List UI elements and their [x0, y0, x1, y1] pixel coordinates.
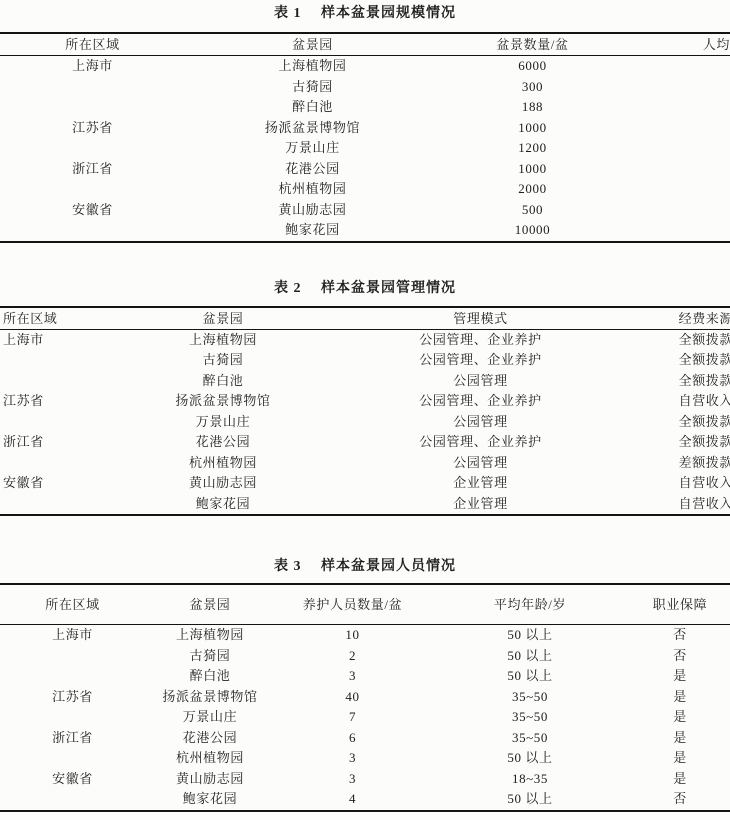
table-cell — [0, 97, 185, 118]
table-cell: 万景山庄 — [113, 412, 333, 433]
table-cell: 自营收入 — [628, 494, 730, 516]
table-cell: 300 — [440, 77, 625, 98]
column-header: 人均 — [625, 33, 730, 56]
table-cell: 花港公园 — [185, 159, 440, 180]
column-header: 所在区域 — [0, 584, 145, 625]
table-cell — [0, 220, 185, 242]
table-cell: 上海植物园 — [185, 56, 440, 77]
column-header: 盆景园 — [145, 584, 275, 625]
table3-header: 所在区域盆景园养护人员数量/盆平均年龄/岁职业保障 — [0, 584, 730, 625]
table-cell: 3 — [275, 769, 430, 790]
table-cell — [0, 77, 185, 98]
table-row: 鲍家花园450 以上否 — [0, 789, 730, 811]
table2-header: 所在区域盆景园管理模式经费来源 — [0, 307, 730, 330]
table-cell: 花港公园 — [113, 432, 333, 453]
table-cell: 6 — [275, 728, 430, 749]
table-cell: 1000 — [440, 159, 625, 180]
table-row: 杭州植物园公园管理差额拨款 — [0, 453, 730, 474]
table-cell: 50 以上 — [430, 646, 630, 667]
table-row: 上海市上海植物园公园管理、企业养护全额拨款 — [0, 329, 730, 350]
table-cell: 公园管理、企业养护 — [333, 329, 628, 350]
table-cell: 古猗园 — [185, 77, 440, 98]
column-header: 养护人员数量/盆 — [275, 584, 430, 625]
table-cell: 是 — [630, 707, 730, 728]
table-cell: 上海市 — [0, 625, 145, 646]
table-row: 浙江省花港公园635~50是 — [0, 728, 730, 749]
table-cell: 公园管理 — [333, 453, 628, 474]
table-cell: 江苏省 — [0, 687, 145, 708]
table-row: 江苏省扬派盆景博物馆公园管理、企业养护自营收入 — [0, 391, 730, 412]
table1-caption-title: 样本盆景园规模情况 — [321, 6, 456, 21]
table-cell — [625, 118, 730, 139]
table-cell: 江苏省 — [0, 118, 185, 139]
table-row: 古猗园公园管理、企业养护全额拨款 — [0, 350, 730, 371]
table-cell: 6000 — [440, 56, 625, 77]
table-cell: 上海市 — [0, 56, 185, 77]
table-cell: 50 以上 — [430, 666, 630, 687]
table-cell: 黄山励志园 — [145, 769, 275, 790]
document-page: 表 1样本盆景园规模情况 所在区域盆景园盆景数量/盆人均 上海市上海植物园600… — [0, 0, 730, 820]
table-cell — [0, 179, 185, 200]
table-cell: 浙江省 — [0, 728, 145, 749]
column-header: 盆景园 — [185, 33, 440, 56]
header-row: 所在区域盆景园养护人员数量/盆平均年龄/岁职业保障 — [0, 584, 730, 625]
table-row: 上海市上海植物园6000 — [0, 56, 730, 77]
table-cell: 是 — [630, 687, 730, 708]
table-cell — [0, 707, 145, 728]
table-cell: 全额拨款 — [628, 371, 730, 392]
table-cell — [0, 646, 145, 667]
table-cell: 35~50 — [430, 707, 630, 728]
table-cell: 安徽省 — [0, 200, 185, 221]
table-cell: 扬派盆景博物馆 — [185, 118, 440, 139]
table-cell: 10000 — [440, 220, 625, 242]
table3-caption-title: 样本盆景园人员情况 — [321, 559, 456, 574]
table2-caption: 表 2样本盆景园管理情况 — [0, 280, 730, 298]
table-cell: 万景山庄 — [185, 138, 440, 159]
table-cell: 4 — [275, 789, 430, 811]
table-cell: 公园管理、企业养护 — [333, 391, 628, 412]
table-cell: 鲍家花园 — [113, 494, 333, 516]
table-cell: 全额拨款 — [628, 329, 730, 350]
table-cell: 3 — [275, 748, 430, 769]
table-row: 江苏省扬派盆景博物馆4035~50是 — [0, 687, 730, 708]
table-cell: 500 — [440, 200, 625, 221]
table1-header: 所在区域盆景园盆景数量/盆人均 — [0, 33, 730, 56]
table-cell — [625, 77, 730, 98]
table-cell: 10 — [275, 625, 430, 646]
table-cell: 公园管理、企业养护 — [333, 432, 628, 453]
table-row: 浙江省花港公园1000 — [0, 159, 730, 180]
table-cell: 安徽省 — [0, 769, 145, 790]
table3-caption: 表 3样本盆景园人员情况 — [0, 558, 730, 576]
table-cell — [625, 159, 730, 180]
table-cell: 否 — [630, 625, 730, 646]
table1-caption-label: 表 1 — [274, 6, 302, 21]
table-cell — [0, 494, 113, 516]
table-row: 浙江省花港公园公园管理、企业养护全额拨款 — [0, 432, 730, 453]
table-cell: 古猗园 — [113, 350, 333, 371]
table2-caption-title: 样本盆景园管理情况 — [321, 281, 456, 296]
table-cell: 公园管理、企业养护 — [333, 350, 628, 371]
table-cell — [0, 748, 145, 769]
table-row: 古猗园300 — [0, 77, 730, 98]
table-cell: 上海植物园 — [145, 625, 275, 646]
table-cell: 3 — [275, 666, 430, 687]
table-cell: 自营收入 — [628, 473, 730, 494]
table-cell: 差额拨款 — [628, 453, 730, 474]
column-header: 平均年龄/岁 — [430, 584, 630, 625]
table-cell — [0, 666, 145, 687]
table-row: 杭州植物园350 以上是 — [0, 748, 730, 769]
table-cell: 35~50 — [430, 687, 630, 708]
column-header: 职业保障 — [630, 584, 730, 625]
table-cell: 扬派盆景博物馆 — [113, 391, 333, 412]
table-cell: 自营收入 — [628, 391, 730, 412]
table-cell — [625, 179, 730, 200]
column-header: 所在区域 — [0, 33, 185, 56]
bonsai-scale-table: 所在区域盆景园盆景数量/盆人均 上海市上海植物园6000古猗园300醉白池188… — [0, 32, 730, 243]
table-cell: 40 — [275, 687, 430, 708]
table-cell: 否 — [630, 789, 730, 811]
table-cell — [625, 97, 730, 118]
table2-caption-label: 表 2 — [274, 281, 302, 296]
column-header: 盆景园 — [113, 307, 333, 330]
table-row: 鲍家花园企业管理自营收入 — [0, 494, 730, 516]
column-header: 经费来源 — [628, 307, 730, 330]
table-row: 醉白池350 以上是 — [0, 666, 730, 687]
table1-body: 上海市上海植物园6000古猗园300醉白池188江苏省扬派盆景博物馆1000万景… — [0, 56, 730, 242]
table-cell — [625, 200, 730, 221]
table-row: 万景山庄1200 — [0, 138, 730, 159]
table-cell: 50 以上 — [430, 789, 630, 811]
table3-section: 表 3样本盆景园人员情况 所在区域盆景园养护人员数量/盆平均年龄/岁职业保障 上… — [0, 558, 730, 812]
table-cell: 上海植物园 — [113, 329, 333, 350]
table-cell: 50 以上 — [430, 748, 630, 769]
table-cell: 1200 — [440, 138, 625, 159]
table-cell: 杭州植物园 — [113, 453, 333, 474]
header-row: 所在区域盆景园管理模式经费来源 — [0, 307, 730, 330]
table-cell: 是 — [630, 666, 730, 687]
table-cell: 花港公园 — [145, 728, 275, 749]
table1-caption: 表 1样本盆景园规模情况 — [0, 0, 730, 23]
table-cell: 35~50 — [430, 728, 630, 749]
table-cell: 是 — [630, 769, 730, 790]
table-cell: 醉白池 — [113, 371, 333, 392]
table-cell: 否 — [630, 646, 730, 667]
table-cell — [0, 138, 185, 159]
table-cell: 江苏省 — [0, 391, 113, 412]
table-cell: 公园管理 — [333, 371, 628, 392]
table-cell — [625, 138, 730, 159]
table-cell: 全额拨款 — [628, 350, 730, 371]
table-cell: 全额拨款 — [628, 412, 730, 433]
table-cell — [0, 789, 145, 811]
table-cell — [0, 371, 113, 392]
table-row: 江苏省扬派盆景博物馆1000 — [0, 118, 730, 139]
table-cell: 黄山励志园 — [113, 473, 333, 494]
table-row: 醉白池188 — [0, 97, 730, 118]
table-row: 万景山庄公园管理全额拨款 — [0, 412, 730, 433]
table-cell: 鲍家花园 — [185, 220, 440, 242]
table3-caption-label: 表 3 — [274, 559, 302, 574]
table-cell: 7 — [275, 707, 430, 728]
bonsai-management-table: 所在区域盆景园管理模式经费来源 上海市上海植物园公园管理、企业养护全额拨款古猗园… — [0, 306, 730, 517]
table-cell — [625, 56, 730, 77]
table-cell: 是 — [630, 728, 730, 749]
table-cell: 50 以上 — [430, 625, 630, 646]
bonsai-personnel-table: 所在区域盆景园养护人员数量/盆平均年龄/岁职业保障 上海市上海植物园1050 以… — [0, 583, 730, 812]
column-header: 盆景数量/盆 — [440, 33, 625, 56]
table3-body: 上海市上海植物园1050 以上否古猗园250 以上否醉白池350 以上是江苏省扬… — [0, 625, 730, 811]
table-row: 杭州植物园2000 — [0, 179, 730, 200]
table1-section: 表 1样本盆景园规模情况 所在区域盆景园盆景数量/盆人均 上海市上海植物园600… — [0, 0, 730, 243]
table-cell: 鲍家花园 — [145, 789, 275, 811]
table-row: 万景山庄735~50是 — [0, 707, 730, 728]
table-row: 古猗园250 以上否 — [0, 646, 730, 667]
table-cell — [0, 453, 113, 474]
table-cell: 杭州植物园 — [185, 179, 440, 200]
table-row: 上海市上海植物园1050 以上否 — [0, 625, 730, 646]
table-cell: 万景山庄 — [145, 707, 275, 728]
table-cell: 188 — [440, 97, 625, 118]
table-cell: 2000 — [440, 179, 625, 200]
table-cell: 是 — [630, 748, 730, 769]
table-cell: 黄山励志园 — [185, 200, 440, 221]
table-cell: 浙江省 — [0, 432, 113, 453]
table-row: 安徽省黄山励志园318~35是 — [0, 769, 730, 790]
table-cell: 上海市 — [0, 329, 113, 350]
table2-section: 表 2样本盆景园管理情况 所在区域盆景园管理模式经费来源 上海市上海植物园公园管… — [0, 280, 730, 517]
table-cell: 浙江省 — [0, 159, 185, 180]
table-cell: 2 — [275, 646, 430, 667]
table-cell: 醉白池 — [145, 666, 275, 687]
table2-body: 上海市上海植物园公园管理、企业养护全额拨款古猗园公园管理、企业养护全额拨款醉白池… — [0, 329, 730, 515]
table-cell: 企业管理 — [333, 494, 628, 516]
column-header: 所在区域 — [0, 307, 113, 330]
table-cell: 全额拨款 — [628, 432, 730, 453]
table-cell: 醉白池 — [185, 97, 440, 118]
table-cell: 公园管理 — [333, 412, 628, 433]
table-row: 安徽省黄山励志园企业管理自营收入 — [0, 473, 730, 494]
table-row: 鲍家花园10000 — [0, 220, 730, 242]
table-cell — [0, 412, 113, 433]
table-cell — [0, 350, 113, 371]
header-row: 所在区域盆景园盆景数量/盆人均 — [0, 33, 730, 56]
table-cell: 扬派盆景博物馆 — [145, 687, 275, 708]
table-cell: 安徽省 — [0, 473, 113, 494]
table-cell: 1000 — [440, 118, 625, 139]
table-cell: 18~35 — [430, 769, 630, 790]
column-header: 管理模式 — [333, 307, 628, 330]
table-cell: 杭州植物园 — [145, 748, 275, 769]
table-row: 醉白池公园管理全额拨款 — [0, 371, 730, 392]
table-cell: 企业管理 — [333, 473, 628, 494]
table-row: 安徽省黄山励志园500 — [0, 200, 730, 221]
table-cell: 古猗园 — [145, 646, 275, 667]
table-cell — [625, 220, 730, 242]
